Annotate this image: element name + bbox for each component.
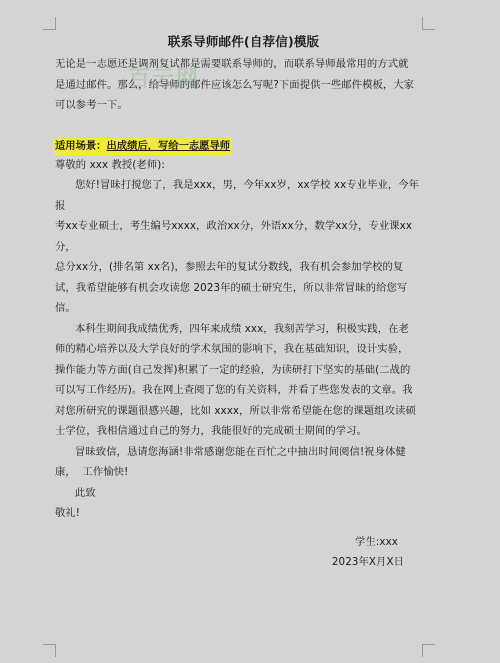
paragraph-introduction: 您好!冒昧打搅您了，我是xxx，男，今年xx岁，xx学校 xx专业毕业，今年报 … bbox=[55, 175, 420, 319]
body-line: 冒昧致信，恳请您海涵!非常感谢您能在百忙之中抽出时间阅信!祝身体健 bbox=[55, 442, 420, 463]
closing-regards: 敬礼! bbox=[55, 503, 420, 524]
page-corner-mark bbox=[422, 17, 435, 30]
body-line: 操作能力等方面(自己发挥)积累了一定的经验，为读研打下坚实的基础(二战的 bbox=[55, 360, 420, 381]
page-corner-mark bbox=[43, 17, 56, 30]
body-line: 士学位，我相信通过自己的努力，我能很好的完成硕士期间的学习。 bbox=[55, 421, 420, 442]
date: 2023年X月X日 bbox=[55, 552, 420, 573]
intro-line: 是通过邮件。那么，给导师的邮件应该怎么写呢?下面提供一些邮件模板，大家 bbox=[55, 75, 420, 96]
closing-phrase: 此致 bbox=[55, 483, 420, 504]
body-line: 康， 工作愉快! bbox=[55, 462, 420, 483]
scene-highlight: 适用场景：出成绩后，写给一志愿导师 bbox=[53, 138, 232, 155]
body-line: 试，我希望能够有机会攻读您 2023年的硕士研究生，所以非常冒昧的给您写信。 bbox=[55, 278, 420, 319]
scene-label: 适用场景： bbox=[55, 140, 106, 152]
page-corner-mark bbox=[422, 644, 435, 657]
salutation: 尊敬的 xxx 教授(老师): bbox=[55, 155, 420, 176]
body-line: 本科生期间我成绩优秀，四年来成绩 xxx，我刻苦学习，积极实践，在老 bbox=[55, 319, 420, 340]
body-line: 师的精心培养以及大学良好的学术氛围的影响下，我在基础知识，设计实验， bbox=[55, 339, 420, 360]
signature: 学生:xxx bbox=[55, 532, 420, 553]
body-line: 对您所研究的课题很感兴趣，比如 xxxx，所以非常希望能在您的课题组攻读硕 bbox=[55, 401, 420, 422]
body-line: 您好!冒昧打搅您了，我是xxx，男，今年xx岁，xx学校 xx专业毕业，今年报 bbox=[55, 175, 420, 216]
page-corner-mark bbox=[43, 644, 56, 657]
paragraph-background: 本科生期间我成绩优秀，四年来成绩 xxx，我刻苦学习，积极实践，在老 师的精心培… bbox=[55, 319, 420, 442]
body-line: 总分xx分，(排名第 xx名)，参照去年的复试分数线，我有机会参加学校的复 bbox=[55, 257, 420, 278]
intro-line: 无论是一志愿还是调剂复试都是需要联系导师的，而联系导师最常用的方式就 bbox=[55, 54, 420, 75]
intro-line: 可以参考一下。 bbox=[55, 95, 420, 116]
intro-paragraph: 无论是一志愿还是调剂复试都是需要联系导师的，而联系导师最常用的方式就 是通过邮件… bbox=[55, 54, 420, 116]
document-title: 联系导师邮件(自荐信)模版 bbox=[67, 30, 420, 54]
body-line: 考xx专业硕士，考生编号xxxx，政治xx分，外语xx分，数学xx分，专业课xx… bbox=[55, 216, 420, 257]
body-line: 可以写工作经历)。我在网上查阅了您的有关资料，并看了些您发表的文章。我 bbox=[55, 380, 420, 401]
scene-text: 出成绩后，写给一志愿导师 bbox=[106, 140, 230, 152]
paragraph-closing: 冒昧致信，恳请您海涵!非常感谢您能在百忙之中抽出时间阅信!祝身体健 康， 工作愉… bbox=[55, 442, 420, 483]
document-page: 联系导师邮件(自荐信)模版 无论是一志愿还是调剂复试都是需要联系导师的，而联系导… bbox=[55, 30, 420, 573]
